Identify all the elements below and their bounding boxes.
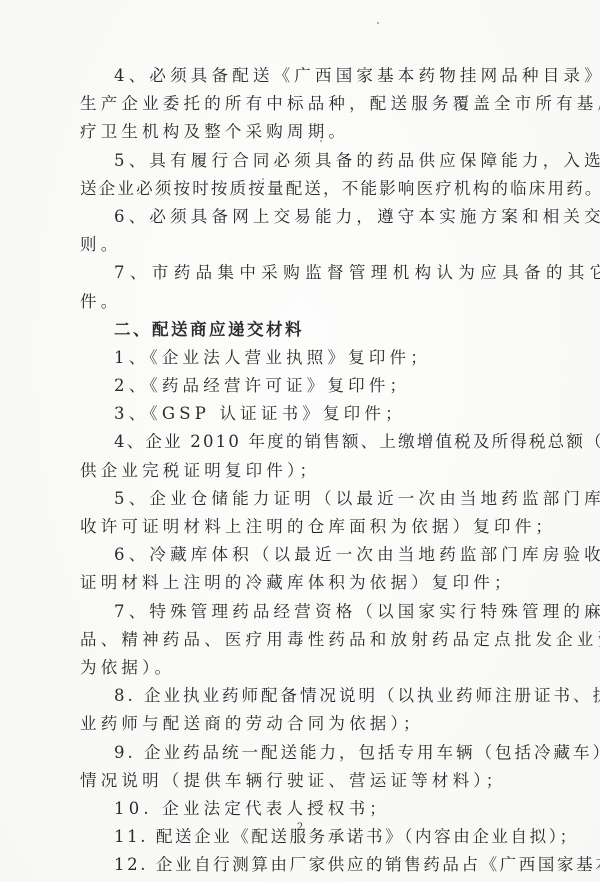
text-line: 6、必须具备网上交易能力，遵守本实施方案和相关交易规 (80, 203, 540, 231)
text-line: 送企业必须按时按质按量配送，不能影响医疗机构的临床用药。 (80, 175, 540, 203)
text-line: 1、《企业法人营业执照》复印件； (80, 344, 540, 372)
text-line: 6、冷藏库体积（以最近一次由当地药监部门库房验收许可 (80, 541, 540, 569)
text-line: 则。 (80, 231, 540, 259)
document-body: 4、必须具备配送《广西国家基本药物挂网品种目录》中 生产企业委托的所有中标品种，… (80, 62, 540, 879)
text-line: 5、具有履行合同必须具备的药品供应保障能力，入选的配 (80, 147, 540, 175)
page-number: 2 (0, 822, 600, 833)
text-line: 12. 企业自行测算由厂家供应的销售药品占《广西国家基本 (80, 851, 540, 879)
text-line: 10. 企业法定代表人授权书； (80, 795, 540, 823)
text-line: 3、《GSP 认证证书》复印件； (80, 400, 540, 428)
text-line: 7、市药品集中采购监督管理机构认为应具备的其它条 (80, 259, 540, 287)
scan-speck (377, 22, 379, 24)
text-line: 9. 企业药品统一配送能力，包括专用车辆（包括冷藏车） (80, 739, 540, 767)
section-heading: 二、配送商应递交材料 (80, 316, 540, 344)
text-line: 证明材料上注明的冷藏库体积为依据）复印件； (80, 569, 540, 597)
text-line: 供企业完税证明复印件）； (80, 457, 540, 485)
text-line: 5、企业仓储能力证明（以最近一次由当地药监部门库房验 (80, 485, 540, 513)
text-line: 收许可证明材料上注明的仓库面积为依据）复印件； (80, 513, 540, 541)
text-line: 情况说明（提供车辆行驶证、营运证等材料）； (80, 767, 540, 795)
text-line: 生产企业委托的所有中标品种，配送服务覆盖全市所有基层医 (80, 90, 540, 118)
text-line: 4、企业 2010 年度的销售额、上缴增值税及所得税总额（提 (80, 428, 540, 456)
text-line: 7、特殊管理药品经营资格（以国家实行特殊管理的麻醉药 (80, 598, 540, 626)
text-line: 品、精神药品、医疗用毒性药品和放射药品定点批发企业资质 (80, 626, 540, 654)
text-line: 件。 (80, 288, 540, 316)
text-line: 为依据）。 (80, 654, 540, 682)
scanned-page: 4、必须具备配送《广西国家基本药物挂网品种目录》中 生产企业委托的所有中标品种，… (0, 0, 600, 882)
text-line: 4、必须具备配送《广西国家基本药物挂网品种目录》中 (80, 62, 540, 90)
text-line: 2、《药品经营许可证》复印件； (80, 372, 540, 400)
text-line: 8. 企业执业药师配备情况说明（以执业药师注册证书、执 (80, 682, 540, 710)
text-line: 业药师与配送商的劳动合同为依据）； (80, 710, 540, 738)
text-line: 疗卫生机构及整个采购周期。 (80, 118, 540, 146)
